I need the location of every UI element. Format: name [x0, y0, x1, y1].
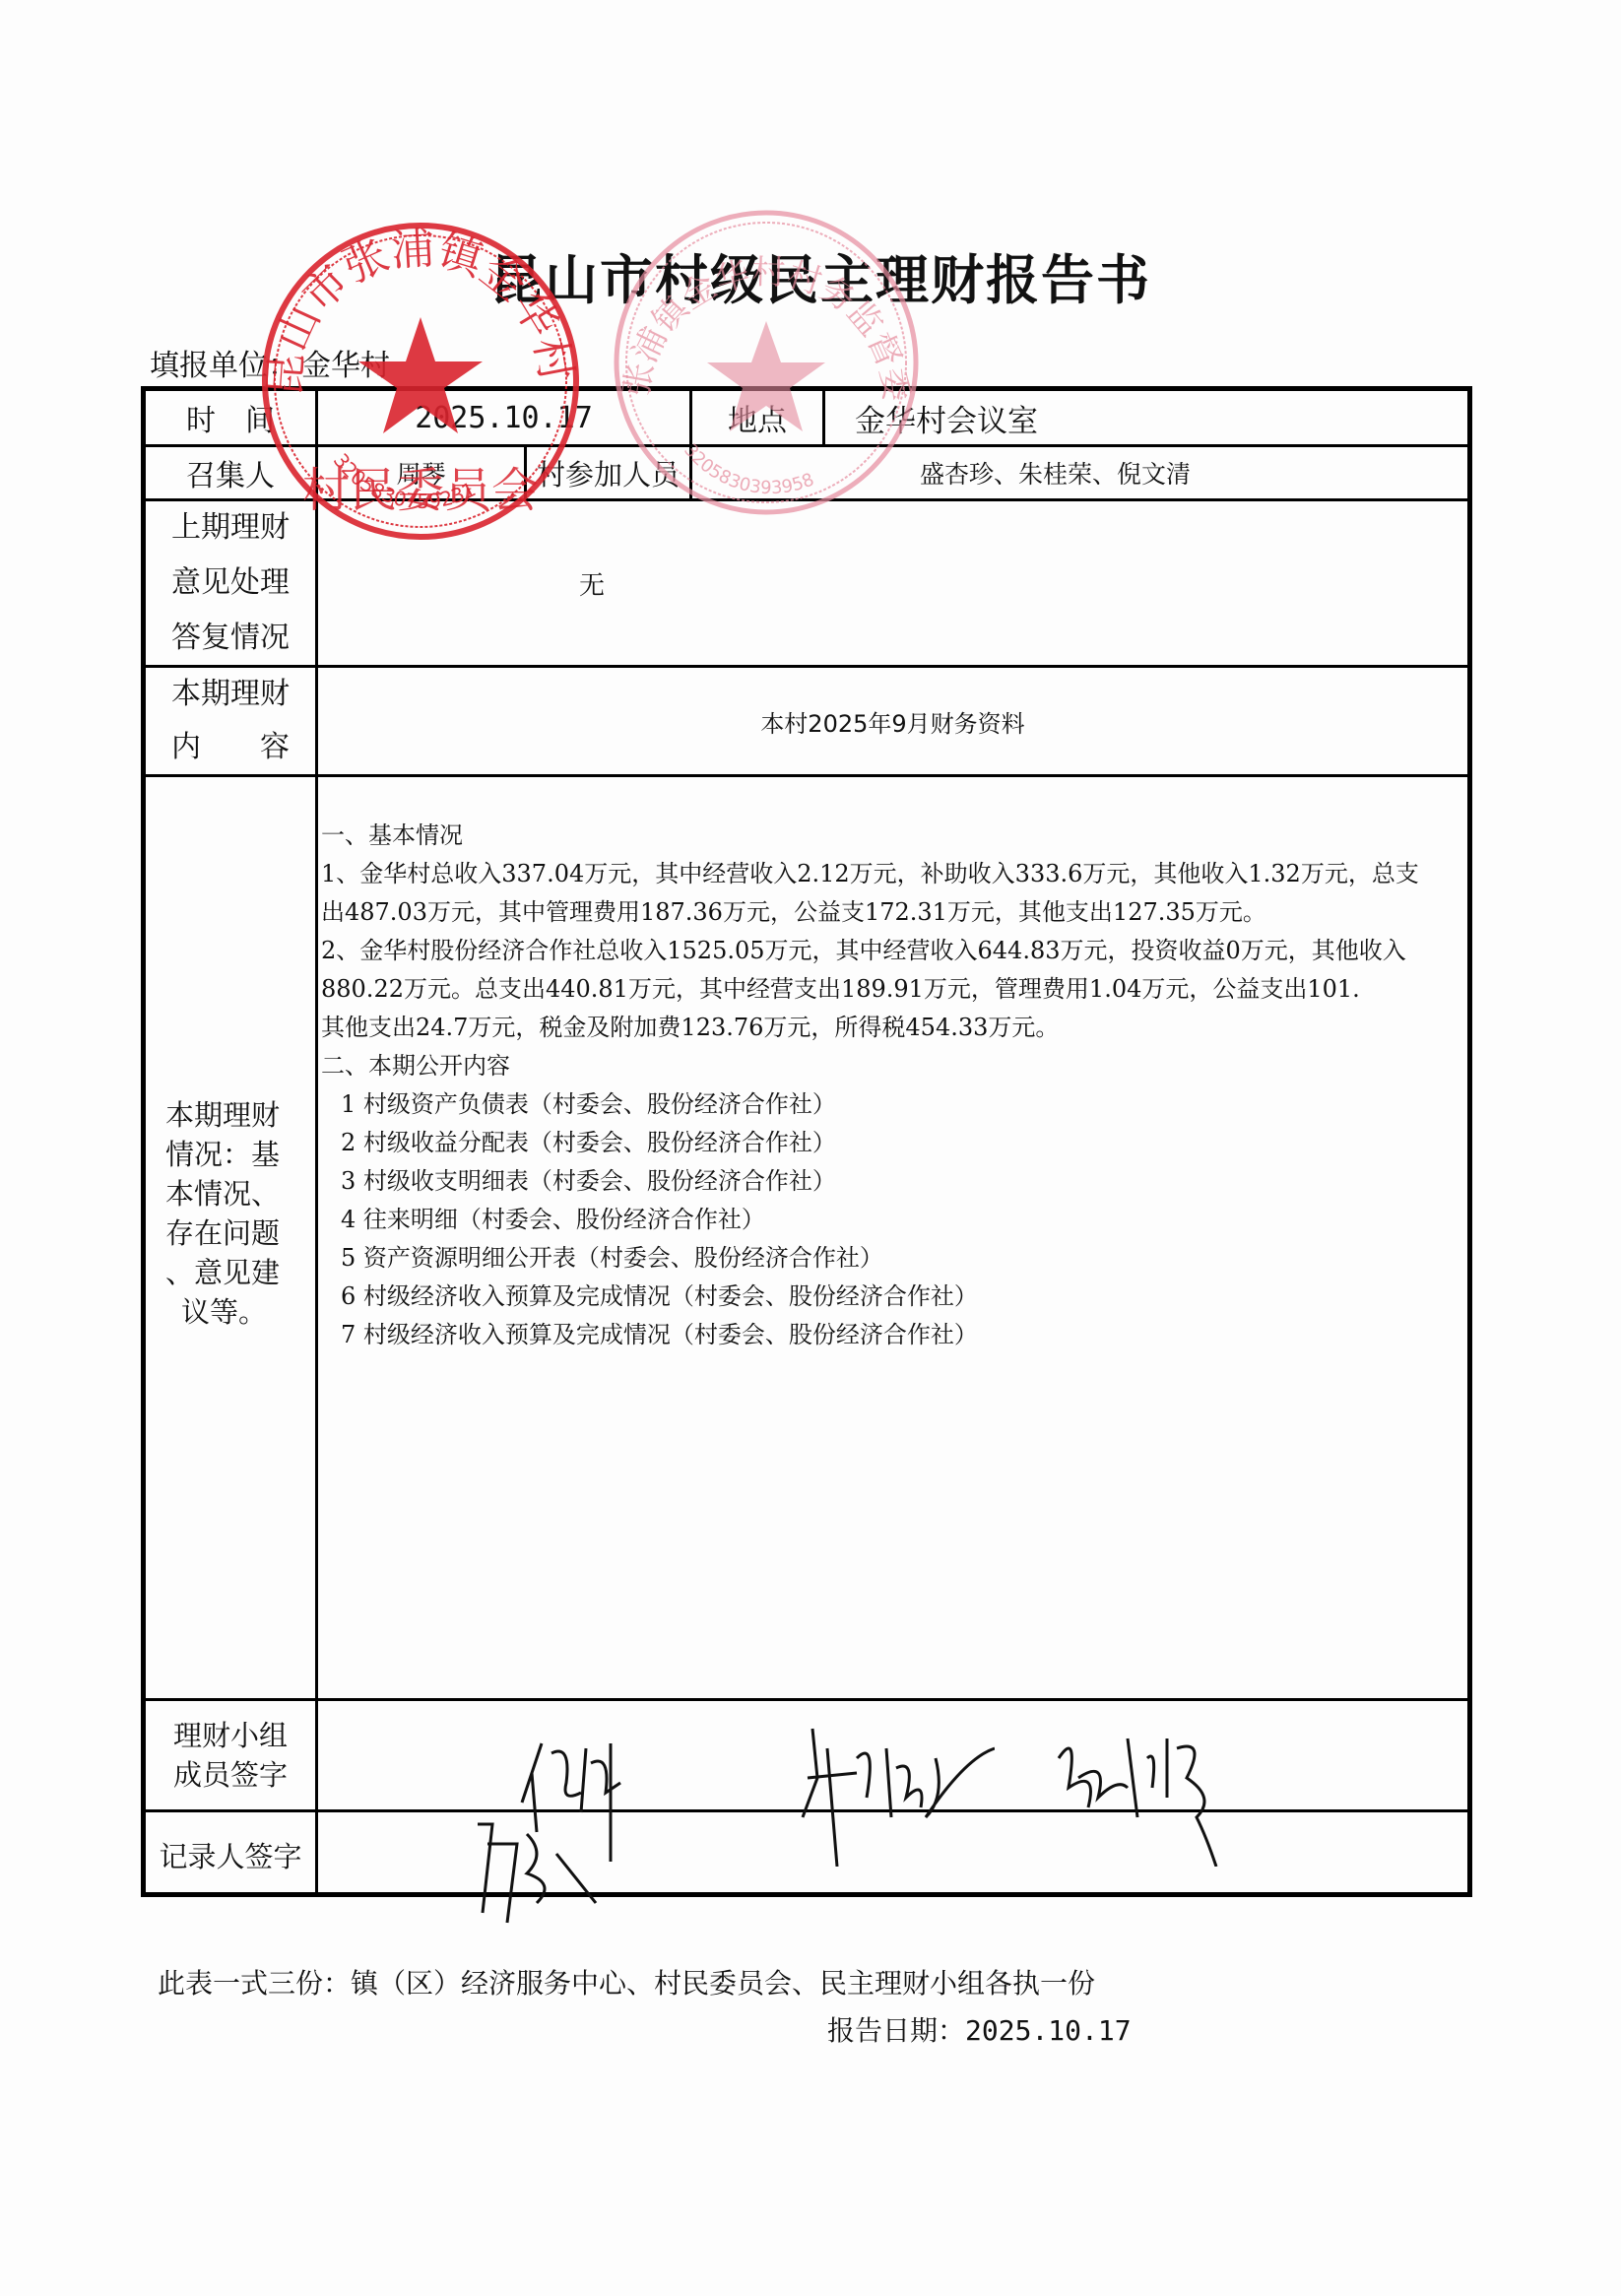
report-date-value: 2025.10.17: [965, 2014, 1132, 2047]
detail-line: 1、金华村总收入337.04万元，其中经营收入2.12万元，补助收入333.6万…: [321, 855, 1467, 893]
detail-line: 其他支出24.7万元，税金及附加费123.76万元，所得税454.33万元。: [321, 1009, 1467, 1047]
label-line: 上期理财: [171, 500, 290, 556]
participants-value: 盛杏珍、朱桂荣、倪文清: [692, 447, 1467, 498]
row-divider: [146, 1698, 1467, 1701]
place-label: 地点: [692, 391, 822, 444]
label-line: 本期理财: [171, 668, 290, 721]
group-signature-label: 理财小组 成员签字: [146, 1701, 315, 1809]
fill-unit-value: 金华村: [301, 349, 390, 383]
report-date-label: 报告日期：: [827, 2014, 965, 2047]
fill-unit: 填报单位：金华村: [150, 341, 390, 384]
convener-label: 召集人: [146, 447, 315, 498]
disclosure-item: 7 村级经济收入预算及完成情况（村委会、股份经济合作社）: [321, 1316, 1467, 1354]
current-situation-details: 一、基本情况 1、金华村总收入337.04万元，其中经营收入2.12万元，补助收…: [321, 817, 1467, 1354]
disclosure-item: 1 村级资产负债表（村委会、股份经济合作社）: [321, 1085, 1467, 1124]
label-line: 内 容: [171, 721, 290, 774]
current-content-label: 本期理财 内 容: [146, 668, 315, 774]
label-line: 意见处理: [171, 556, 290, 611]
disclosure-item: 3 村级收支明细表（村委会、股份经济合作社）: [321, 1162, 1467, 1201]
label-line: 情况：基: [165, 1135, 280, 1174]
report-date: 报告日期：2025.10.17: [827, 2009, 1132, 2049]
time-value: 2025.10.17: [318, 391, 689, 444]
detail-line: 出487.03万元，其中管理费用187.36万元，公益支172.31万元，其他支…: [321, 893, 1467, 932]
label-line: 、意见建: [165, 1253, 280, 1292]
fill-unit-label: 填报单位：: [150, 349, 297, 383]
disclosure-item: 4 往来明细（村委会、股份经济合作社）: [321, 1201, 1467, 1239]
time-label: 时 间: [146, 391, 315, 444]
disclosure-item: 2 村级收益分配表（村委会、股份经济合作社）: [321, 1124, 1467, 1162]
detail-line: 2、金华村股份经济合作社总收入1525.05万元，其中经营收入644.83万元，…: [321, 932, 1467, 970]
section2-heading: 二、本期公开内容: [321, 1047, 1467, 1085]
disclosure-item: 6 村级经济收入预算及完成情况（村委会、股份经济合作社）: [321, 1278, 1467, 1316]
label-line: 成员签字: [173, 1755, 288, 1795]
document-title: 昆山市村级民主理财报告书: [0, 238, 1621, 314]
convener-value: 周琴: [318, 447, 524, 498]
previous-opinion-label: 上期理财 意见处理 答复情况: [146, 501, 315, 665]
label-line: 答复情况: [171, 611, 290, 666]
label-line: 本情况、: [165, 1174, 280, 1214]
recorder-signature-label: 记录人签字: [146, 1812, 315, 1897]
copies-note: 此表一式三份：镇（区）经济服务中心、村民委员会、民主理财小组各执一份: [158, 1962, 1095, 2001]
previous-opinion-value: 无: [318, 501, 1467, 665]
row-divider: [146, 1809, 1467, 1812]
detail-line: 880.22万元。总支出440.81万元，其中经营支出189.91万元，管理费用…: [321, 970, 1467, 1009]
place-value: 金华村会议室: [825, 391, 1467, 444]
current-situation-label: 本期理财 情况：基 本情况、 存在问题 、意见建 议等。: [146, 777, 315, 1698]
label-line: 理财小组: [173, 1716, 288, 1755]
label-line: 本期理财: [165, 1095, 280, 1135]
participants-label: 村参加人员: [527, 447, 689, 498]
disclosure-item: 5 资产资源明细公开表（村委会、股份经济合作社）: [321, 1239, 1467, 1278]
label-line: 存在问题: [165, 1214, 280, 1253]
label-line: 议等。: [165, 1292, 267, 1332]
current-content-value: 本村2025年9月财务资料: [318, 668, 1467, 774]
report-table: 时 间 2025.10.17 地点 金华村会议室 召集人 周琴 村参加人员 盛杏…: [141, 386, 1472, 1897]
row-divider: [146, 774, 1467, 777]
section1-heading: 一、基本情况: [321, 817, 1467, 855]
